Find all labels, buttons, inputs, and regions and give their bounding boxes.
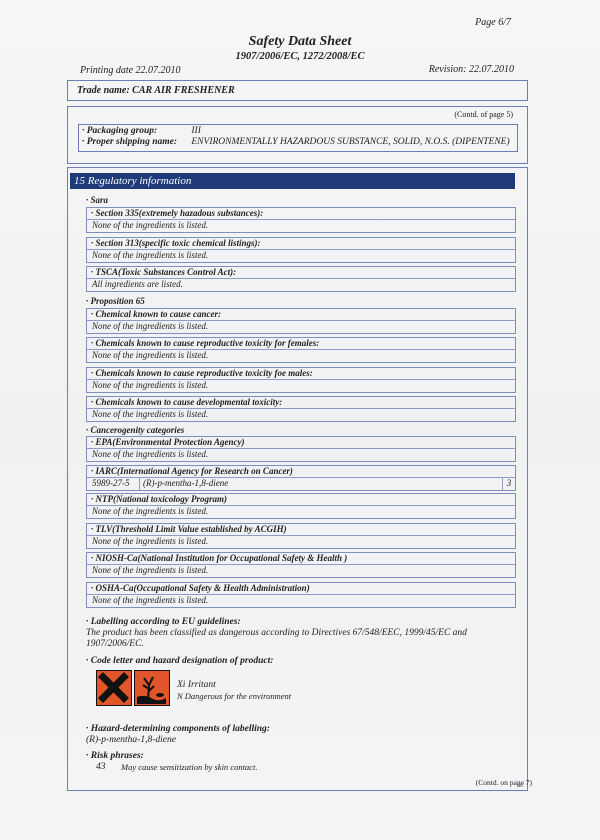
regulation-row: · Section 335(extremely hazadous substan… (86, 207, 516, 233)
cas-number: 5989-27-5 (92, 478, 140, 490)
regulation-row: · NIOSH-Ca(National Institution for Occu… (86, 552, 516, 578)
regulation-value: None of the ingredients is listed. (87, 506, 515, 518)
labelling-heading: · Labelling according to EU guidelines: (86, 617, 241, 627)
regulation-value: None of the ingredients is listed. (87, 321, 515, 333)
chemical-name: (R)-p-mentha-1,8-diene (140, 478, 502, 490)
shipping-name-label: · Proper shipping name: (82, 137, 189, 147)
irritant-x-icon (96, 670, 132, 706)
regulation-head: · NTP(National toxicology Program) (87, 494, 515, 506)
regulation-head: · TSCA(Toxic Substances Control Act): (87, 267, 515, 279)
regulation-value: None of the ingredients is listed. (87, 380, 515, 392)
regulation-row: · TLV(Threshold Limit Value established … (86, 523, 516, 549)
regulation-value: All ingredients are listed. (87, 279, 515, 291)
prop65-label: · Proposition 65 (86, 296, 145, 306)
regulation-head: · Chemicals known to cause developmental… (87, 397, 515, 409)
iarc-entry: 5989-27-5 (R)-p-mentha-1,8-diene 3 (87, 478, 515, 490)
shipping-name-value: ENVIRONMENTALLY HAZARDOUS SUBSTANCE, SOL… (191, 137, 509, 147)
labelling-text: The product has been classified as dange… (86, 628, 467, 639)
document-subtitle: 1907/2006/EC, 1272/2008/EC (0, 51, 600, 62)
regulation-row: · Chemicals known to cause reproductive … (86, 367, 516, 393)
regulation-head: · Chemical known to cause cancer: (87, 309, 515, 321)
page-number: Page 6/7 (475, 17, 511, 28)
regulation-head: · Chemicals known to cause reproductive … (87, 338, 515, 350)
continued-from-note: (Contd. of page 5) (454, 110, 513, 119)
regulation-head: · IARC(International Agency for Research… (87, 466, 515, 478)
regulation-row: · Chemicals known to cause reproductive … (86, 337, 516, 363)
regulation-head: · Section 313(specific toxic chemical li… (87, 238, 515, 250)
cancerogenity-label: · Cancerogenity categories (86, 425, 184, 435)
section-heading: 15 Regulatory information (70, 173, 515, 189)
hazard-components-value: (R)-p-mentha-1,8-diene (86, 735, 176, 746)
symbol-label-irritant: Xi Irritant (177, 680, 216, 691)
regulation-row: · EPA(Environmental Protection Agency) N… (86, 436, 516, 462)
revision-date: Revision: 22.07.2010 (429, 64, 514, 75)
document-page: Page 6/7 Safety Data Sheet 1907/2006/EC,… (0, 0, 600, 840)
regulation-head: · EPA(Environmental Protection Agency) (87, 437, 515, 449)
environment-hazard-icon (134, 670, 170, 706)
risk-phrase-code: 43 (96, 762, 106, 773)
regulation-head: · OSHA-Ca(Occupational Safety & Health A… (87, 583, 515, 595)
regulation-row: · OSHA-Ca(Occupational Safety & Health A… (86, 582, 516, 608)
regulation-head: · TLV(Threshold Limit Value established … (87, 524, 515, 536)
hazard-components-heading: · Hazard-determining components of label… (86, 724, 270, 734)
regulation-row: · Section 313(specific toxic chemical li… (86, 237, 516, 263)
regulation-head: · NIOSH-Ca(National Institution for Occu… (87, 553, 515, 565)
regulation-row: · Chemicals known to cause developmental… (86, 396, 516, 422)
regulation-value: None of the ingredients is listed. (87, 250, 515, 262)
document-title: Safety Data Sheet (0, 34, 600, 50)
packaging-group-row: · Packaging group: III (82, 126, 201, 136)
trade-name: Trade name: CAR AIR FRESHENER (77, 85, 235, 96)
regulation-value: None of the ingredients is listed. (87, 409, 515, 421)
risk-phrases-heading: · Risk phrases: (86, 751, 144, 761)
symbol-label-environment: N Dangerous for the environment (177, 691, 291, 702)
iarc-category: 3 (502, 478, 515, 490)
regulation-value: None of the ingredients is listed. (87, 565, 515, 577)
code-letter-heading: · Code letter and hazard designation of … (86, 656, 273, 666)
eu-mark: EU (517, 784, 524, 789)
packaging-group-value: III (191, 126, 201, 136)
risk-phrase-text: May cause sensitization by skin contact. (121, 762, 257, 773)
printing-date: Printing date 22.07.2010 (80, 65, 181, 76)
labelling-text-cont: 1907/2006/EC. (86, 639, 144, 650)
shipping-name-row: · Proper shipping name: ENVIRONMENTALLY … (82, 137, 510, 147)
regulation-head: · Section 335(extremely hazadous substan… (87, 208, 515, 220)
packaging-group-label: · Packaging group: (82, 126, 189, 136)
regulation-value: None of the ingredients is listed. (87, 449, 515, 461)
regulation-value: None of the ingredients is listed. (87, 350, 515, 362)
sara-label: · Sara (86, 195, 108, 205)
regulation-row: · TSCA(Toxic Substances Control Act): Al… (86, 266, 516, 292)
regulation-value: None of the ingredients is listed. (87, 595, 515, 607)
regulation-value: None of the ingredients is listed. (87, 536, 515, 548)
regulation-value: None of the ingredients is listed. (87, 220, 515, 232)
regulation-row: · Chemical known to cause cancer: None o… (86, 308, 516, 334)
regulation-row: · NTP(National toxicology Program) None … (86, 493, 516, 519)
regulation-head: · Chemicals known to cause reproductive … (87, 368, 515, 380)
regulation-row-iarc: · IARC(International Agency for Research… (86, 465, 516, 491)
